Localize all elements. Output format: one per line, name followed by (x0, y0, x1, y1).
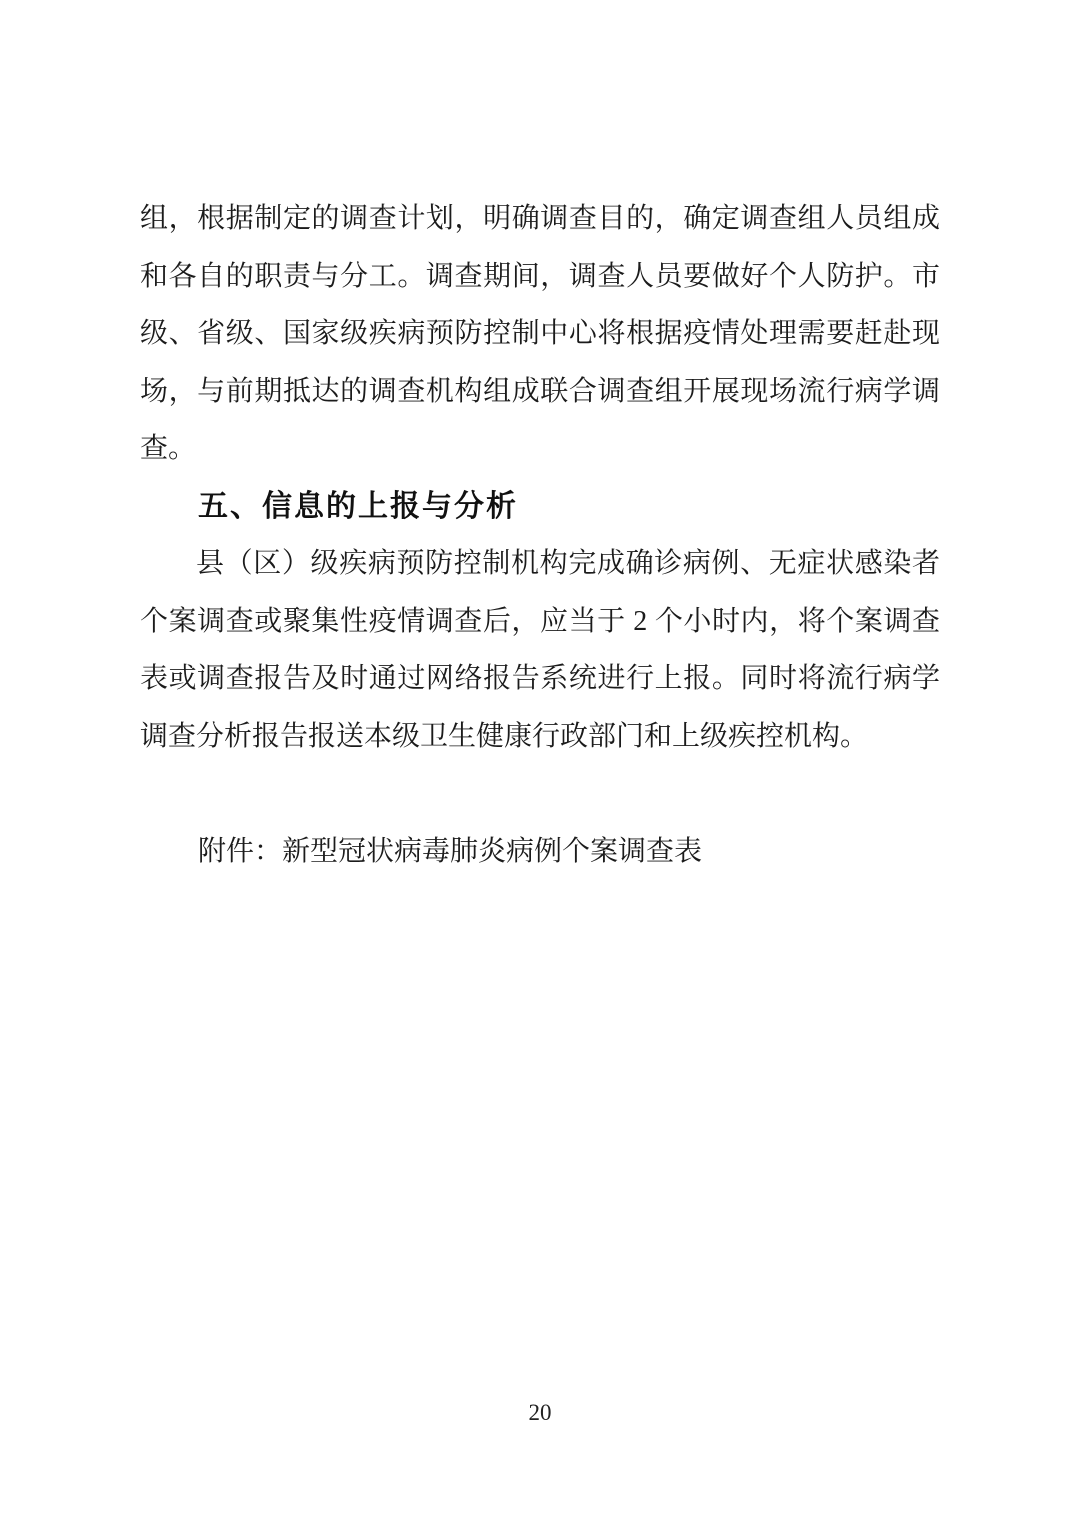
body-line: 组，根据制定的调查计划，明确调查目的，确定调查组人员组成 (140, 190, 940, 248)
document-body: 组，根据制定的调查计划，明确调查目的，确定调查组人员组成 和各自的职责与分工。调… (140, 190, 940, 880)
blank-line (140, 765, 940, 823)
attachment-line: 附件：新型冠状病毒肺炎病例个案调查表 (140, 823, 940, 881)
body-line: 级、省级、国家级疾病预防控制中心将根据疫情处理需要赶赴现 (140, 305, 940, 363)
body-line: 和各自的职责与分工。调查期间，调查人员要做好个人防护。市 (140, 248, 940, 306)
body-line: 个案调查或聚集性疫情调查后，应当于 2 个小时内，将个案调查 (140, 593, 940, 651)
body-line: 县（区）级疾病预防控制机构完成确诊病例、无症状感染者 (140, 535, 940, 593)
body-line: 表或调查报告及时通过网络报告系统进行上报。同时将流行病学 (140, 650, 940, 708)
document-page: 组，根据制定的调查计划，明确调查目的，确定调查组人员组成 和各自的职责与分工。调… (0, 0, 1080, 1526)
body-line: 调查分析报告报送本级卫生健康行政部门和上级疾控机构。 (140, 708, 940, 766)
page-number: 20 (0, 1400, 1080, 1426)
section-heading: 五、信息的上报与分析 (140, 478, 940, 536)
body-line: 场，与前期抵达的调查机构组成联合调查组开展现场流行病学调 (140, 363, 940, 421)
body-line: 查。 (140, 420, 940, 478)
